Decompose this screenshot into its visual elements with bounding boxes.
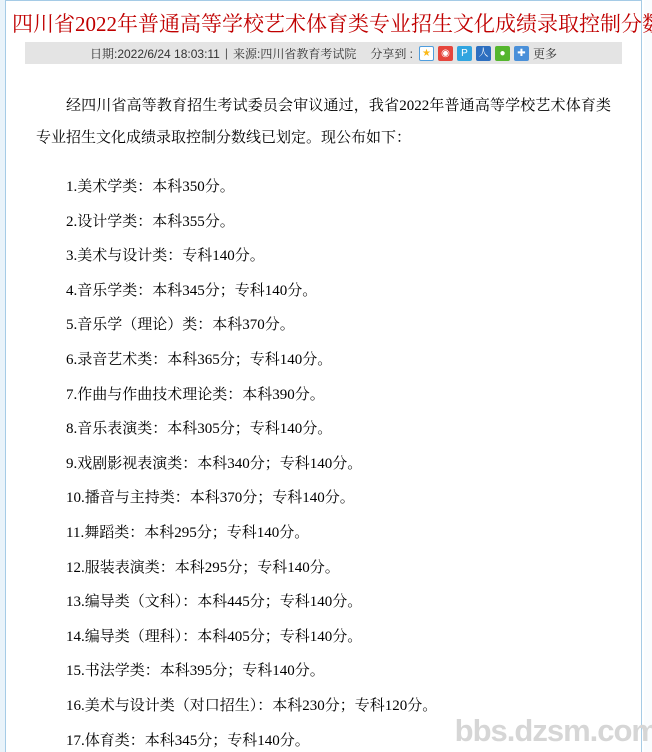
list-item: 9.戏剧影视表演类：本科340分；专科140分。 <box>36 457 611 473</box>
source-label: 来源:四川省教育考试院 <box>233 45 356 62</box>
tencent-weibo-icon[interactable]: P <box>457 46 472 61</box>
intro-paragraph: 经四川省高等教育招生考试委员会审议通过，我省2022年普通高等学校艺术体育类专业… <box>36 90 611 154</box>
list-item: 13.编导类（文科）：本科445分；专科140分。 <box>36 595 611 611</box>
article-container: 四川省2022年普通高等学校艺术体育类专业招生文化成绩录取控制分数线 日期:20… <box>5 0 642 752</box>
list-item: 6.录音艺术类：本科365分；专科140分。 <box>36 353 611 369</box>
renren-icon[interactable]: 人 <box>476 46 491 61</box>
page-title: 四川省2022年普通高等学校艺术体育类专业招生文化成绩录取控制分数线 <box>12 10 635 38</box>
share-more-link[interactable]: 更多 <box>533 45 557 62</box>
article-body: 经四川省高等教育招生考试委员会审议通过，我省2022年普通高等学校艺术体育类专业… <box>6 90 641 749</box>
list-item: 12.服装表演类：本科295分；专科140分。 <box>36 561 611 577</box>
list-item: 2.设计学类：本科355分。 <box>36 215 611 231</box>
share-to-label: 分享到 : <box>370 45 413 62</box>
more-share-icon[interactable]: ✚ <box>514 46 529 61</box>
list-item: 15.书法学类：本科395分；专科140分。 <box>36 664 611 680</box>
watermark: bbs.dzsm.com <box>455 713 652 749</box>
date-label: 日期:2022/6/24 18:03:11 <box>90 45 220 62</box>
meta-separator: | <box>225 46 228 60</box>
list-item: 3.美术与设计类：专科140分。 <box>36 249 611 265</box>
meta-bar: 日期:2022/6/24 18:03:11 | 来源:四川省教育考试院 分享到 … <box>25 42 622 64</box>
page-right-margin <box>644 0 652 752</box>
qzone-icon[interactable]: ★ <box>419 46 434 61</box>
sina-weibo-icon[interactable]: ◉ <box>438 46 453 61</box>
list-item: 7.作曲与作曲技术理论类：本科390分。 <box>36 388 611 404</box>
wechat-icon[interactable]: ● <box>495 46 510 61</box>
list-item: 8.音乐表演类：本科305分；专科140分。 <box>36 422 611 438</box>
list-item: 10.播音与主持类：本科370分；专科140分。 <box>36 491 611 507</box>
page: 四川省2022年普通高等学校艺术体育类专业招生文化成绩录取控制分数线 日期:20… <box>0 0 652 752</box>
list-item: 11.舞蹈类：本科295分；专科140分。 <box>36 526 611 542</box>
list-item: 4.音乐学类：本科345分；专科140分。 <box>36 284 611 300</box>
list-item: 14.编导类（理科）：本科405分；专科140分。 <box>36 630 611 646</box>
score-list: 1.美术学类：本科350分。2.设计学类：本科355分。3.美术与设计类：专科1… <box>36 180 611 749</box>
list-item: 1.美术学类：本科350分。 <box>36 180 611 196</box>
share-icons: ★◉P人●✚ <box>417 46 531 61</box>
list-item: 5.音乐学（理论）类：本科370分。 <box>36 318 611 334</box>
